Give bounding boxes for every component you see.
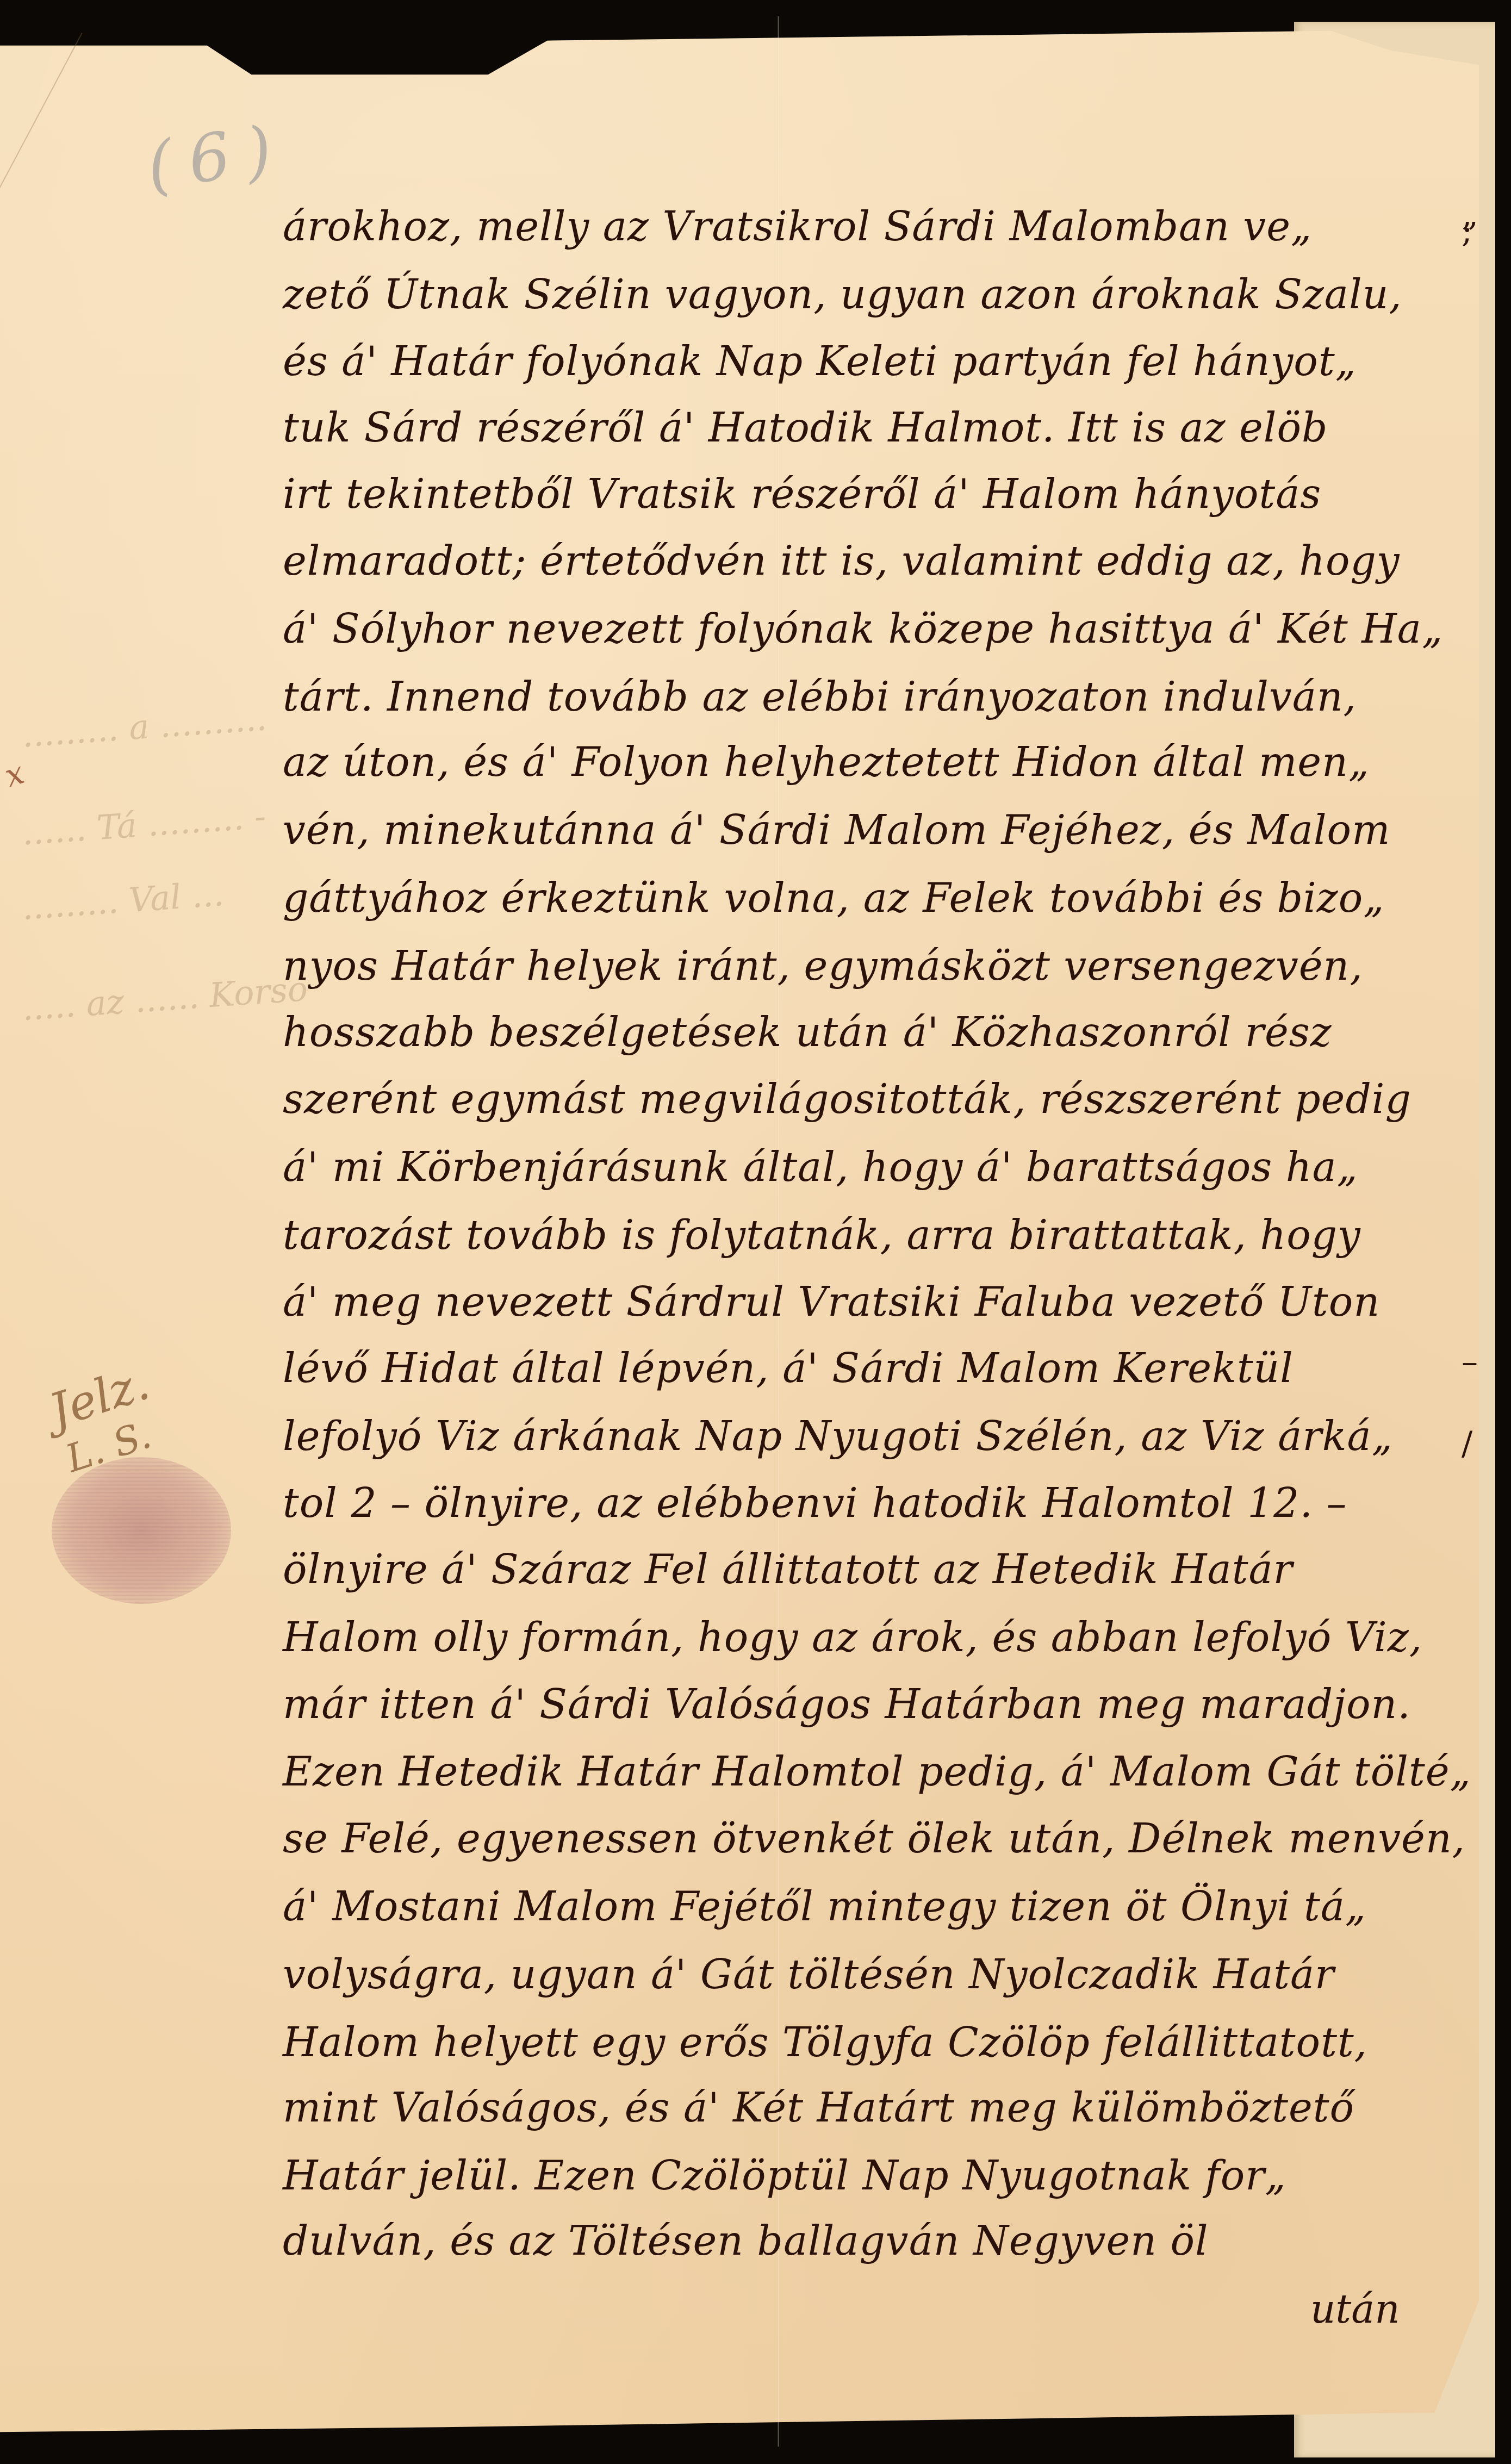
- text-line: tol 2 – ölnyire, az elébbenvi hatodik Ha…: [283, 1483, 1397, 1523]
- right-edge-mark: ;: [1462, 212, 1472, 250]
- text-line: á' mi Körbenjárásunk által, hogy á' bara…: [283, 1147, 1397, 1187]
- right-edge-mark: /: [1462, 1424, 1472, 1463]
- text-line: Ezen Hetedik Határ Halomtol pedig, á' Ma…: [283, 1752, 1397, 1792]
- catchword: után: [1310, 2286, 1400, 2332]
- text-line: á' Sólyhor nevezett folyónak közepe hasi…: [283, 609, 1397, 649]
- text-line: árokhoz, melly az Vratsikrol Sárdi Malom…: [283, 207, 1397, 247]
- text-line: tarozást tovább is folytatnák, arra bira…: [283, 1215, 1397, 1255]
- text-line: Halom olly formán, hogy az árok, és abba…: [283, 1617, 1397, 1658]
- text-line: Halom helyett egy erős Tölgyfa Czölöp fe…: [283, 2023, 1397, 2063]
- text-line: tárt. Innend tovább az elébbi irányozato…: [283, 677, 1397, 717]
- text-line: ölnyire á' Száraz Fel állittatott az Het…: [283, 1550, 1397, 1590]
- right-edge-mark: –: [1462, 1343, 1478, 1381]
- text-line: hosszabb beszélgetések után á' Közhaszon…: [283, 1012, 1397, 1053]
- wax-seal-impression: [52, 1457, 231, 1604]
- text-line: á' meg nevezett Sárdrul Vratsiki Faluba …: [283, 1282, 1397, 1322]
- text-line: már itten á' Sárdi Valóságos Határban me…: [283, 1684, 1397, 1725]
- text-line: szerént egymást megvilágositották, részs…: [283, 1079, 1397, 1119]
- text-line: volyságra, ugyan á' Gát töltésén Nyolcza…: [283, 1955, 1397, 1995]
- text-line: elmaradott; értetődvén itt is, valamint …: [283, 541, 1397, 581]
- text-line: á' Mostani Malom Fejétől mintegy tizen ö…: [283, 1887, 1397, 1927]
- text-line: dulván, és az Töltésen ballagván Negyven…: [283, 2221, 1397, 2261]
- text-line: irt tekintetből Vratsik részéről á' Halo…: [283, 474, 1397, 514]
- text-line: lefolyó Viz árkának Nap Nyugoti Szélén, …: [283, 1416, 1397, 1457]
- text-line: se Felé, egyenessen ötvenkét ölek után, …: [283, 1819, 1397, 1859]
- text-line: Határ jelül. Ezen Czölöptül Nap Nyugotna…: [283, 2156, 1397, 2196]
- text-line: zető Útnak Szélin vagyon, ugyan azon áro…: [283, 275, 1397, 315]
- text-line: vén, minekutánna á' Sárdi Malom Fejéhez,…: [283, 810, 1397, 850]
- text-line: gáttyához érkeztünk volna, az Felek tová…: [283, 878, 1397, 918]
- text-line: az úton, és á' Folyon helyheztetett Hido…: [283, 742, 1397, 782]
- text-line: lévő Hidat által lépvén, á' Sárdi Malom …: [283, 1348, 1397, 1389]
- text-line: tuk Sárd részéről á' Hatodik Halmot. Itt…: [283, 408, 1397, 448]
- text-line: és á' Határ folyónak Nap Keleti partyán …: [283, 341, 1397, 382]
- text-line: nyos Határ helyek iránt, egymásközt vers…: [283, 946, 1397, 986]
- text-line: mint Valóságos, és á' Két Határt meg kül…: [283, 2088, 1397, 2128]
